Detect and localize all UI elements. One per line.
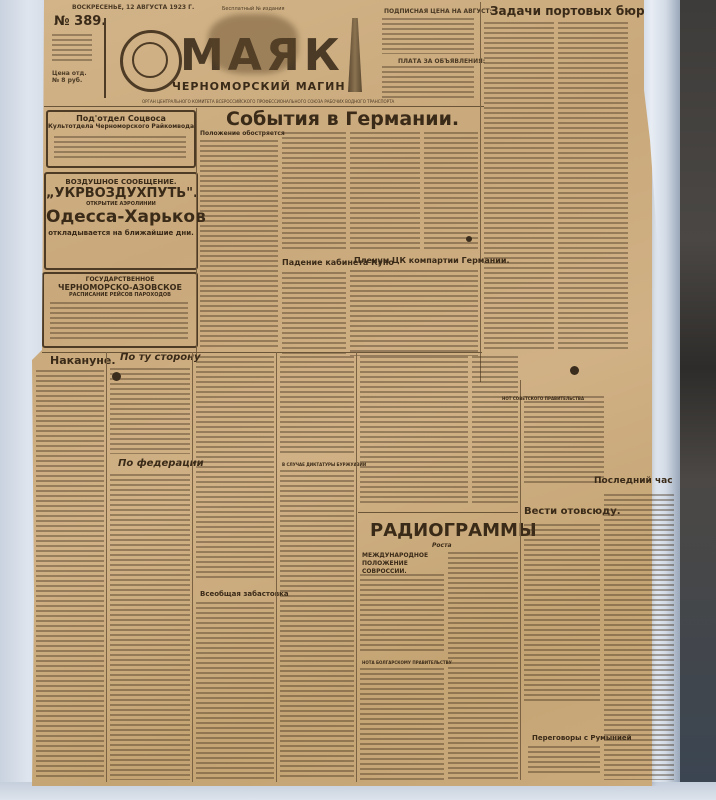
headline-intl-position: МЕЖДУНАРОДНОЕ ПОЛОЖЕНИЕ СОВРОССИИ. [362, 552, 448, 576]
article-text [196, 356, 274, 580]
article-text [200, 140, 278, 350]
article-text [280, 356, 354, 456]
ad-line: Одесса-Харьков [46, 207, 196, 227]
article-text [360, 356, 468, 506]
article-text [424, 132, 478, 250]
article-text [448, 552, 518, 780]
address-text [52, 34, 92, 64]
stain [208, 14, 298, 74]
headline-main: События в Германии. [226, 108, 459, 130]
subscription-heading: ПОДПИСНАЯ ЦЕНА НА АВГУСТ: [384, 8, 492, 15]
price-label: Цена отд. № 8 руб. [52, 70, 92, 84]
flagpole-icon [104, 18, 106, 98]
ad-line: ВОЗДУШНОЕ СООБЩЕНИЕ. [46, 178, 196, 186]
ad-line: ЧЕРНОМОРСКО-АЗОВСКОЕ [44, 283, 196, 292]
headline-other-side: По ту сторону [120, 352, 201, 363]
section-rule [42, 352, 482, 353]
article-text [484, 22, 554, 352]
headline-romania-talks: Переговоры с Румынией [532, 734, 632, 742]
subscription-text [382, 18, 474, 54]
headline-radiograms: РАДИОГРАММЫ [370, 520, 537, 541]
anchor-emblem-icon [132, 42, 168, 78]
article-text [360, 668, 444, 780]
ad-line: Под'отдел Соцвоса [48, 114, 194, 123]
article-text [524, 396, 604, 486]
article-text [282, 132, 346, 252]
article-text [280, 470, 354, 780]
newspaper-subtitle: ЧЕРНОМОРСКИЙ МАГИН [172, 80, 346, 93]
article-text [110, 368, 190, 454]
article-text [472, 356, 518, 506]
headline-dictatorship: В СЛУЧАЕ ДИКТАТУРЫ БУРЖУАЗИИ [282, 462, 366, 467]
date-line: ВОСКРЕСЕНЬЕ, 12 АВГУСТА 1923 Г. [72, 4, 194, 11]
edition-label: Бесплатный № издания [222, 6, 285, 13]
ad-line: ГОСУДАРСТВЕННОЕ [44, 276, 196, 283]
punch-hole [570, 366, 579, 375]
newspaper-page: ВОСКРЕСЕНЬЕ, 12 АВГУСТА 1923 Г. Бесплатн… [32, 0, 652, 786]
column-rule [356, 352, 357, 782]
article-text [528, 746, 600, 776]
column-rule [192, 352, 193, 782]
article-text [360, 574, 444, 654]
punch-hole [112, 372, 121, 381]
ad-text [50, 302, 188, 340]
ad-line: РАСПИСАНИЕ РЕЙСОВ ПАРОХОДОВ [44, 292, 196, 298]
column-rule [276, 352, 277, 782]
ads-price-text [382, 66, 474, 98]
column-rule [480, 2, 481, 382]
article-text [110, 474, 190, 780]
ads-price-heading: ПЛАТА ЗА ОБЪЯВЛЕНИЯ: [398, 58, 485, 65]
ad-box-ukrvozdukhput: ВОЗДУШНОЕ СООБЩЕНИЕ. „УКРВОЗДУХПУТЬ". ОТ… [44, 172, 198, 270]
ad-box-socvos: Под'отдел Соцвоса Культотдела Черноморск… [46, 110, 196, 168]
article-text [36, 370, 104, 780]
article-text [350, 270, 478, 356]
section-rule [358, 512, 518, 513]
ad-line: „УКРВОЗДУХПУТЬ". [46, 186, 196, 201]
ad-box-shipping: ГОСУДАРСТВЕННОЕ ЧЕРНОМОРСКО-АЗОВСКОЕ РАС… [42, 272, 198, 348]
headline-federations: По федерации [118, 458, 204, 469]
masthead-rule [44, 106, 484, 107]
column-rule [196, 108, 197, 358]
article-text [282, 272, 346, 356]
radiograms-source: Роста [432, 542, 452, 549]
ad-line: Культотдела Черноморского Райкомвода [48, 123, 194, 130]
column-rule [106, 352, 107, 782]
article-text [196, 602, 274, 780]
headline-plenum: Пленум ЦК компартии Германии. [354, 256, 510, 265]
column-rule [520, 380, 521, 780]
headline-note-bulgaria: НОТА БОЛГАРСКОМУ ПРАВИТЕЛЬСТВУ [362, 660, 452, 665]
article-text [558, 22, 628, 352]
headline-port-bureaus: Задачи портовых бюро. [490, 4, 657, 18]
issue-number: № 389. [54, 14, 106, 29]
headline-situation: Положение обостряется [200, 130, 285, 137]
article-text [524, 524, 600, 704]
ad-text [54, 136, 186, 160]
headline-last-hour: Последний час [594, 476, 673, 486]
article-text [350, 132, 420, 250]
punch-hole [466, 236, 472, 242]
organ-line: ОРГАН ЦЕНТРАЛЬНОГО КОМИТЕТА ВСЕРОССИЙСКО… [142, 98, 394, 105]
ad-line: откладывается на ближайшие дни. [46, 229, 196, 237]
lighthouse-icon [348, 18, 362, 92]
